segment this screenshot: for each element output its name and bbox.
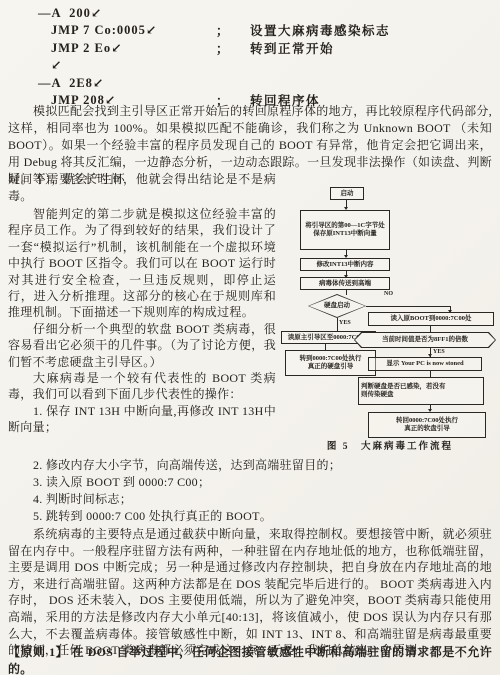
flow-node-label: 修改INT13中断内容 <box>316 261 373 269</box>
paragraph-analyze-boot-virus: 仔细分析一个典型的软盘 BOOT 类病毒，很容易看出它必须干的几件事。（为了讨论… <box>8 321 276 370</box>
scanned-document-page: —A 200↙ JMP 7 Co:0005↙ ； 设置大麻病毒感染标志 JMP … <box>0 0 500 675</box>
flow-node-label: 读入原BOOT到0000:7C00处 <box>391 315 472 323</box>
code-line: JMP 7 Co:0005↙ ； 设置大麻病毒感染标志 <box>38 22 390 40</box>
paragraph-stoned-intro: 大麻病毒是一个较有代表性的 BOOT 类病毒，我们可以看到下面几步代表性的操作： <box>8 370 276 403</box>
principle-text: 【原则 1】 在 DOS 自举过程中，任何企图接管敏感性中断和高端驻留的请求都是… <box>8 644 492 675</box>
flow-display-message-node: 显示 Your PC is now stoned <box>368 357 482 371</box>
paragraph-continuation: 疑。不需要多长时间，他就会得出结论是不是病毒。 <box>8 171 276 205</box>
flow-modify-int13-node: 修改INT13中断内容 <box>300 258 390 271</box>
list-item-1: 1. 保存 INT 13H 中断向量,再修改 INT 13H中断向量； <box>8 403 276 436</box>
flow-move-high-node: 病毒体传送到高端 <box>300 277 390 290</box>
connector-line <box>337 318 338 331</box>
code-line: —A 2E8↙ <box>38 74 390 92</box>
code-command: —A 2E8↙ <box>38 75 216 91</box>
numbered-list: 2. 修改内存大小字节，向高端传送，达到高端驻留目的； 3. 读入原 BOOT … <box>8 457 492 525</box>
paragraph-intelligent-judge: 智能判定的第二步就是模拟这位经验丰富的程序员工作。为了得到较好的结果，我们设计了… <box>8 206 276 321</box>
code-listing: —A 200↙ JMP 7 Co:0005↙ ； 设置大麻病毒感染标志 JMP … <box>38 4 390 109</box>
figure-caption: 图 5 大麻病毒工作流程 <box>300 443 480 451</box>
flow-node-label: 硬盘启动 <box>308 294 366 318</box>
paragraph-text: 系统病毒的主要特点是通过截获中断向量，来取得控制权。要想接管中断，就必须驻留在内… <box>8 526 492 659</box>
flow-node-label: 转回0000:7C00处执行 <box>371 417 483 425</box>
list-item-3: 3. 读入原 BOOT 到 0000:7 C00； <box>8 474 492 491</box>
paragraph-text: 疑。不需要多长时间，他就会得出结论是不是病毒。 <box>8 171 276 205</box>
flow-infect-check-node: 判断硬盘是否已感染，若没有 则传染硬盘 <box>358 377 484 405</box>
flow-jump-harddisk-node: 转到0000:7C00处执行 真正的硬盘引导 <box>285 350 376 376</box>
flow-node-label: 当前时间值是否为8FF1的倍数 <box>354 332 496 348</box>
flow-node-label: 将引导区的第00—1C字节处保存原INT13中断向量 <box>303 222 387 238</box>
code-comment-separator: ； <box>216 21 250 39</box>
flow-node-label: 真正的硬盘引导 <box>288 363 373 371</box>
code-comment: 设置大麻病毒感染标志 <box>250 21 390 39</box>
flow-save-vector-node: 将引导区的第00—1C字节处保存原INT13中断向量 <box>300 210 390 250</box>
flow-time-check-node: 当前时间值是否为8FF1的倍数 <box>354 332 496 348</box>
flow-node-label: 真正的软盘引导 <box>371 425 483 433</box>
flow-start-node: 启动 <box>330 187 364 200</box>
code-line: JMP 2 Eo↙ ； 转到正常开始 <box>38 39 390 57</box>
flow-node-label: 显示 Your PC is now stoned <box>386 360 463 368</box>
code-command: —A 200↙ <box>38 5 216 21</box>
yes-branch-label: YES <box>433 348 445 356</box>
code-command: ↙ <box>51 57 216 73</box>
code-comment: 转到正常开始 <box>250 39 334 57</box>
code-comment-separator: ； <box>216 39 250 57</box>
flow-read-boot-node: 读入原BOOT到0000:7C00处 <box>368 312 494 326</box>
list-item-5: 5. 跳转到 0000:7 C00 处执行真正的 BOOT。 <box>8 508 492 525</box>
connector-line <box>366 306 450 307</box>
code-command: JMP 7 Co:0005↙ <box>51 22 216 38</box>
flow-node-label: 病毒体传送到高端 <box>319 280 371 288</box>
list-item-2: 2. 修改内存大小字节，向高端传送，达到高端驻留目的； <box>8 457 492 474</box>
flow-node-label: 则传染硬盘 <box>361 391 481 399</box>
flow-jump-floppy-node: 转回0000:7C00处执行 真正的软盘引导 <box>368 412 486 438</box>
code-command: JMP 2 Eo↙ <box>51 40 216 56</box>
principle-rule-1: 【原则 1】 在 DOS 自举过程中，任何企图接管敏感性中断和高端驻留的请求都是… <box>8 644 492 675</box>
yes-branch-label: YES <box>339 319 351 327</box>
flow-node-label: 启动 <box>341 190 354 198</box>
no-branch-label: NO <box>384 290 393 298</box>
flowchart-stoned-virus: 启动 将引导区的第00—1C字节处保存原INT13中断向量 修改INT13中断内… <box>280 183 500 459</box>
list-item-4: 4. 判断时间标志； <box>8 491 492 508</box>
code-line: —A 200↙ <box>38 4 390 22</box>
code-line: ↙ <box>38 57 390 75</box>
paragraph-system-virus: 系统病毒的主要特点是通过截获中断向量，来取得控制权。要想接管中断，就必须驻留在内… <box>8 526 492 659</box>
flow-node-label: 转到0000:7C00处执行 <box>288 355 373 363</box>
flow-decision-harddisk-boot: 硬盘启动 <box>308 294 366 318</box>
flow-node-label: 判断硬盘是否已感染，若没有 <box>361 383 481 391</box>
left-column: 智能判定的第二步就是模拟这位经验丰富的程序员工作。为了得到较好的结果，我们设计了… <box>8 206 276 436</box>
